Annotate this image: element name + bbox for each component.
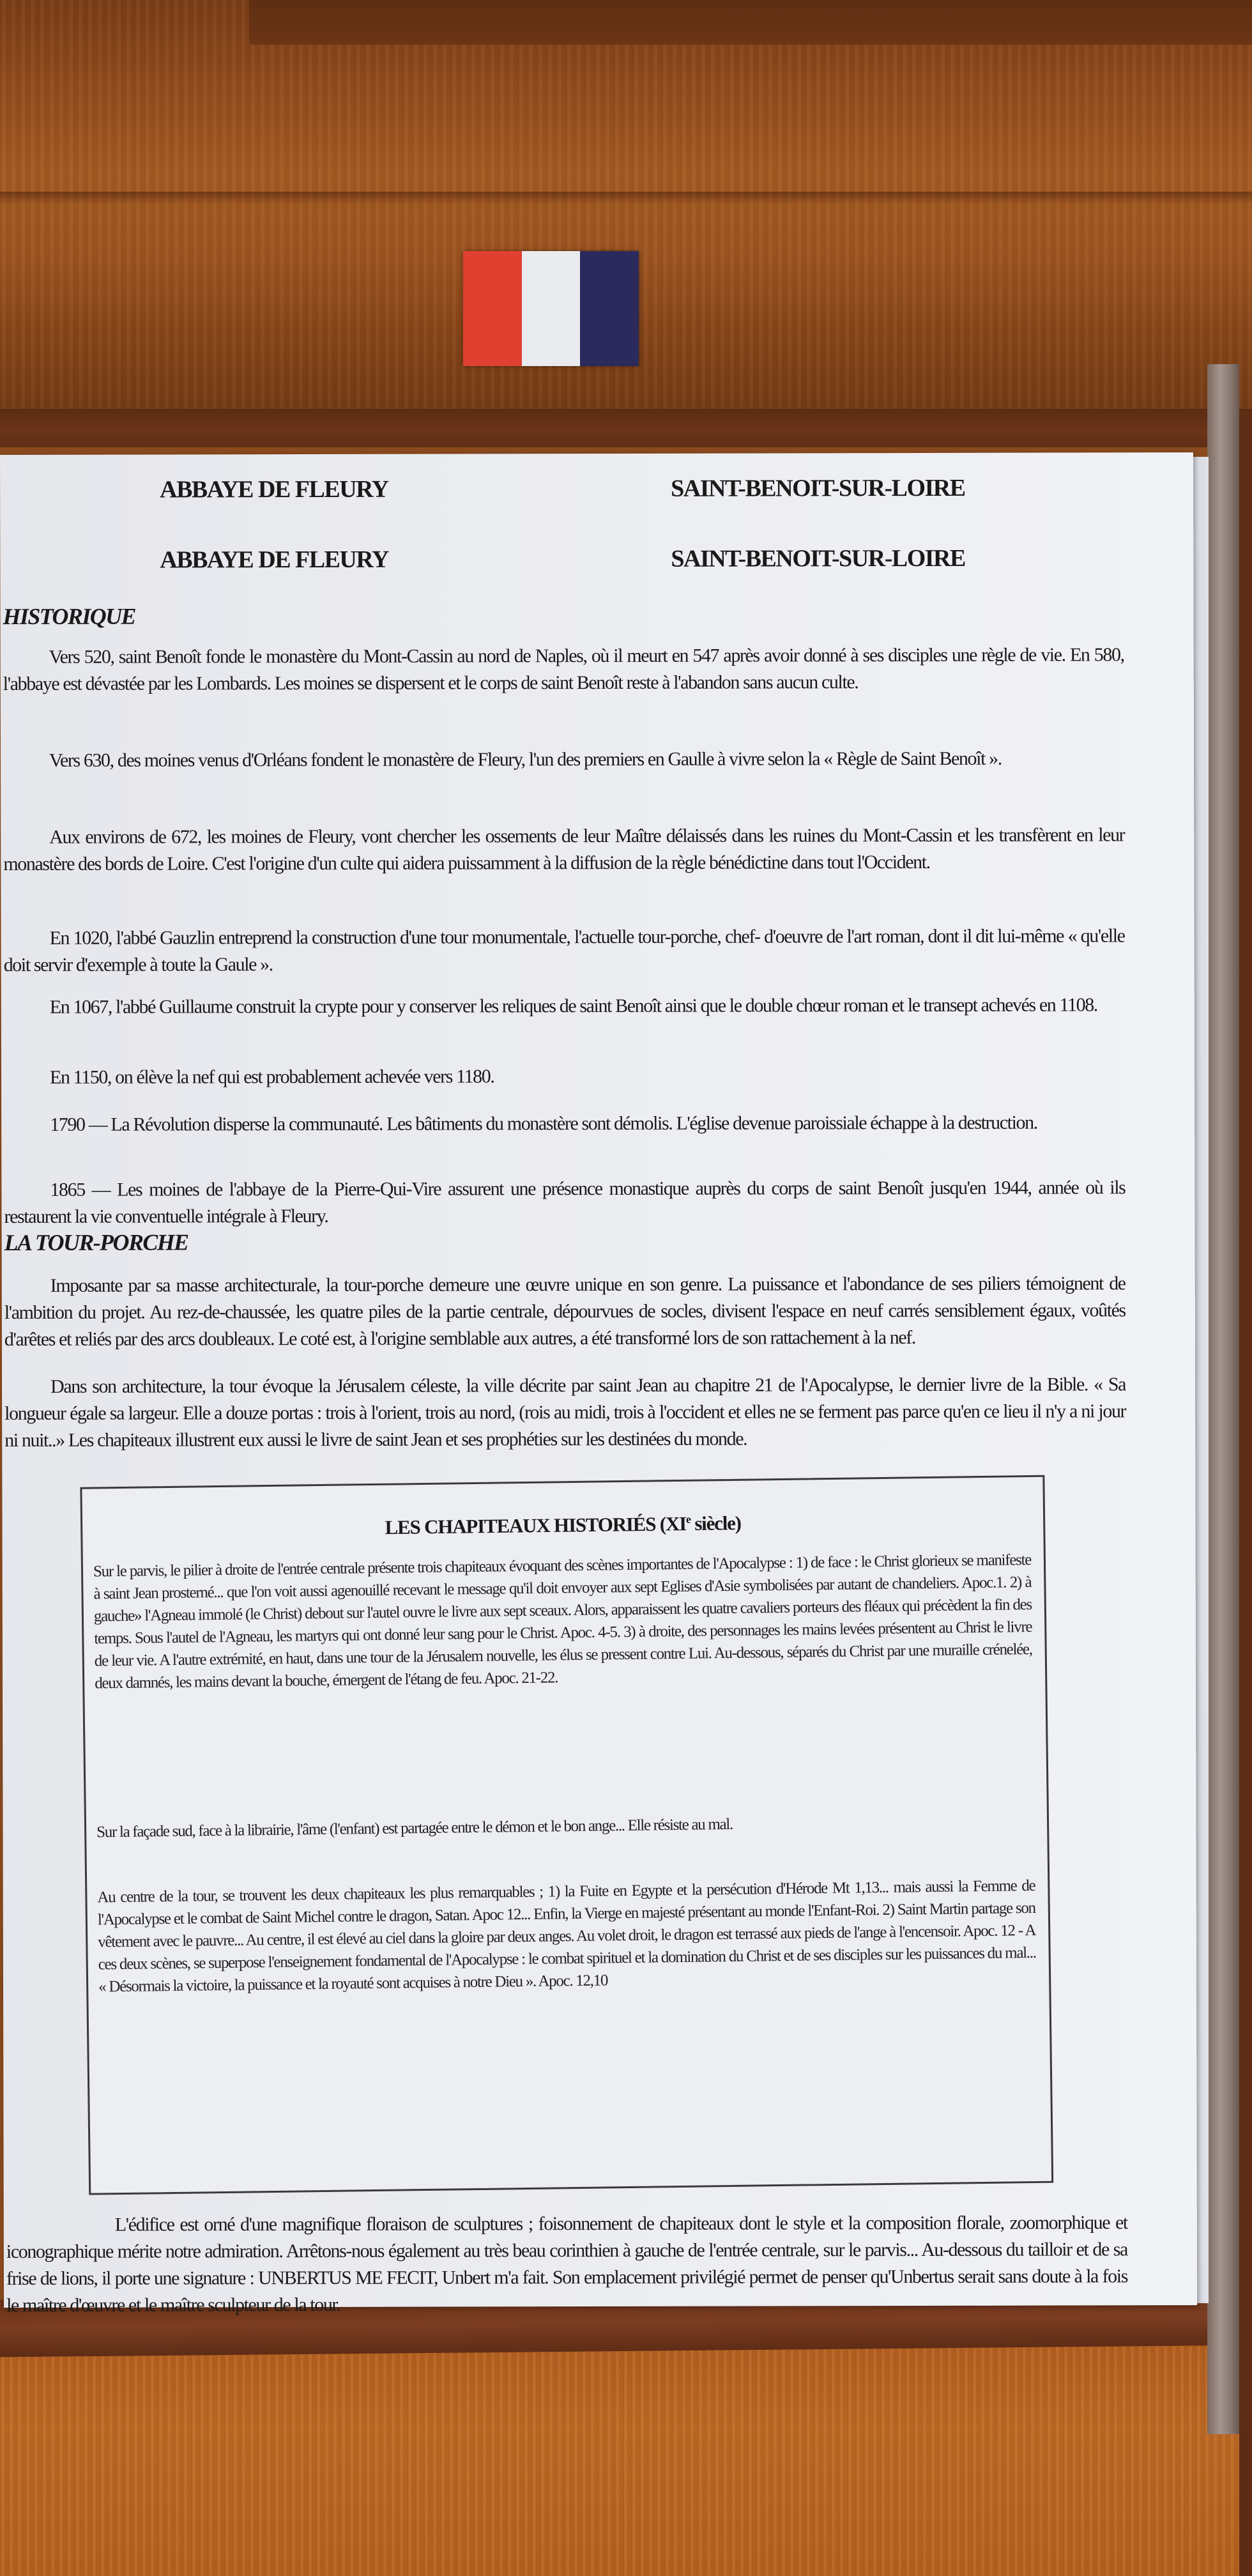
paragraph: 1790 — La Révolution disperse la communa… <box>4 1109 1125 1138</box>
metal-frame-post <box>1207 364 1239 2434</box>
paragraph: Aux environs de 672, les moines de Fleur… <box>3 822 1124 878</box>
box-title-text: LES CHAPITEAUX HISTORIÉS (XI <box>385 1512 686 1538</box>
document-header-repeat: ABBAYE DE FLEURY SAINT-BENOIT-SUR-LOIRE <box>0 544 1131 579</box>
header-title-right: SAINT-BENOIT-SUR-LOIRE <box>671 545 965 572</box>
box-paragraph: Sur le parvis, le pilier à droite de l'e… <box>93 1549 1033 1694</box>
paragraph: 1865 — Les moines de l'abbaye de la Pier… <box>4 1174 1125 1230</box>
wood-frame-right <box>1239 415 1252 2576</box>
paragraph: En 1020, l'abbé Gauzlin entreprend la co… <box>4 923 1125 979</box>
section-title-tour-porche: LA TOUR-PORCHE <box>4 1229 188 1256</box>
wood-groove <box>0 192 1252 204</box>
header-title-left: ABBAYE DE FLEURY <box>160 476 388 503</box>
french-flag-icon <box>463 251 639 366</box>
document-body: ABBAYE DE FLEURY SAINT-BENOIT-SUR-LOIRE … <box>0 452 1131 455</box>
box-title: LES CHAPITEAUX HISTORIÉS (XIe siècle) <box>82 1501 1044 1545</box>
box-paragraph: Sur la façade sud, face à la librairie, … <box>96 1809 1034 1843</box>
paragraph: Imposante par sa masse architecturale, l… <box>4 1270 1126 1353</box>
box-title-suffix: siècle) <box>691 1512 741 1535</box>
wood-panel-bottom <box>0 2326 1252 2576</box>
header-title-right: SAINT-BENOIT-SUR-LOIRE <box>671 475 965 502</box>
paragraph: Dans son architecture, la tour évoque la… <box>4 1371 1126 1454</box>
chapiteaux-info-box: LES CHAPITEAUX HISTORIÉS (XIe siècle) Su… <box>80 1475 1053 2195</box>
wood-frame-top-rail <box>0 409 1252 447</box>
box-paragraph: Au centre de la tour, se trouvent les de… <box>97 1874 1036 1998</box>
wood-shelf <box>249 0 1252 45</box>
paragraph: Vers 520, saint Benoît fonde le monastèr… <box>3 641 1124 698</box>
flag-stripe-white <box>522 251 581 366</box>
header-title-left: ABBAYE DE FLEURY <box>160 546 388 574</box>
section-title-historique: HISTORIQUE <box>3 603 135 630</box>
flag-stripe-blue <box>580 251 639 366</box>
document-sheet: ABBAYE DE FLEURY SAINT-BENOIT-SUR-LOIRE … <box>0 452 1197 2308</box>
paragraph: En 1067, l'abbé Guillaume construit la c… <box>4 992 1125 1021</box>
wood-panel-top <box>0 0 1252 434</box>
closing-paragraph: L'édifice est orné d'une magnifique flor… <box>6 2209 1127 2319</box>
flag-stripe-red <box>463 251 522 366</box>
document-header: ABBAYE DE FLEURY SAINT-BENOIT-SUR-LOIRE <box>0 474 1131 509</box>
paragraph: En 1150, on élève la nef qui est probabl… <box>4 1062 1125 1091</box>
paragraph: Vers 630, des moines venus d'Orléans fon… <box>3 745 1124 774</box>
